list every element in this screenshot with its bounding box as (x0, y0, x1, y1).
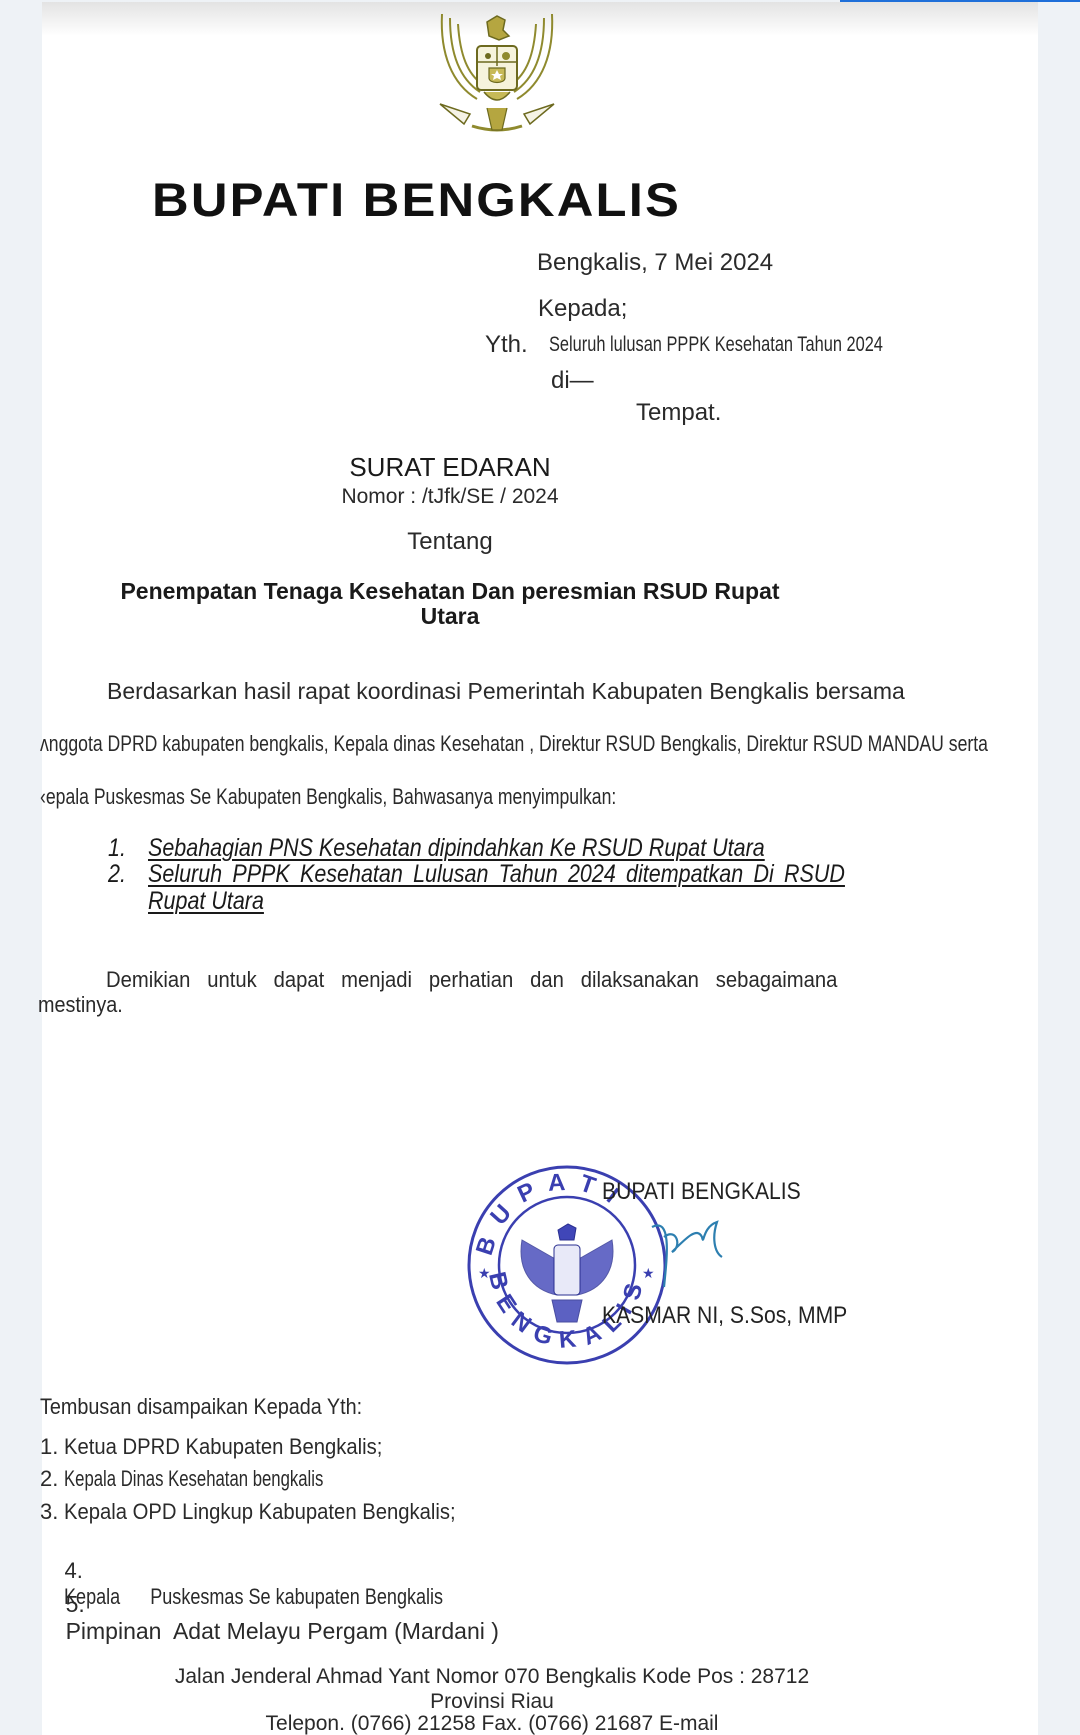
decision-2-text: Seluruh PPPK Kesehatan Lulusan Tahun 202… (148, 860, 845, 889)
closing-line1: Demikian untuk dapat menjadi perhatian d… (106, 967, 837, 993)
footer-contact: Telepon. (0766) 21258 Fax. (0766) 21687 … (42, 1712, 942, 1735)
document-page: BUPATI BENGKALIS Bengkalis, 7 Mei 2024 K… (42, 2, 1038, 1735)
tembusan-item-number: 1. (40, 1434, 58, 1459)
body-para-line3: ‹epala Puskesmas Se Kabupaten Bengkalis,… (40, 784, 616, 810)
tembusan-item-number: 2. (40, 1466, 58, 1491)
decision-2-text-cont: Rupat Utara (148, 887, 264, 916)
tentang-label: Tentang (42, 528, 858, 556)
tembusan-item-text: Pimpinan Adat Melayu Pergam (Mardani ) (66, 1618, 499, 1645)
doc-type: SURAT EDARAN (42, 452, 858, 483)
letterhead-title: BUPATI BENGKALIS (152, 172, 681, 227)
tempat-label: Tempat. (636, 399, 721, 427)
tembusan-item-5: 5. Pimpinan Adat Melayu Pergam (Mardani … (40, 1564, 499, 1672)
doc-number: Nomor : /tJfk/SE / 2024 (42, 485, 858, 509)
tembusan-item-3: 3. Kepala OPD Lingkup Kabupaten Bengkali… (40, 1499, 490, 1525)
yth-label: Yth. (485, 331, 528, 359)
signatory-name: KASMAR NI, S.Sos, MMP (602, 1302, 847, 1330)
recipient: Seluruh lulusan PPPK Kesehatan Tahun 202… (549, 333, 883, 357)
tembusan-item-1: 1. Ketua DPRD Kabupaten Bengkalis; (40, 1434, 411, 1460)
footer-province: Provinsi Riau (42, 1690, 942, 1714)
decision-2-number: 2. (108, 860, 126, 889)
signatory-office: BUPATI BENGKALIS (602, 1178, 801, 1206)
footer-address: Jalan Jenderal Ahmad Yant Nomor 070 Beng… (42, 1665, 942, 1689)
decision-1-number: 1. (108, 834, 126, 863)
tembusan-item-text: Kepala OPD Lingkup Kabupaten Bengkalis; (64, 1499, 456, 1525)
body-para-line2: ʌnggota DPRD kabupaten bengkalis, Kepala… (40, 731, 988, 757)
tembusan-item-number: 5. (66, 1591, 85, 1617)
tembusan-item-number: 3. (40, 1499, 58, 1524)
closing-line2: mestinya. (38, 992, 123, 1018)
tembusan-heading: Tembusan disampaikan Kepada Yth: (40, 1394, 362, 1420)
kepada-label: Kepada; (538, 295, 627, 323)
decision-1-text: Sebahagian PNS Kesehatan dipindahkan Ke … (148, 834, 765, 863)
place-date: Bengkalis, 7 Mei 2024 (537, 249, 773, 277)
handwritten-signature-icon (642, 1207, 772, 1297)
body-para-line1: Berdasarkan hasil rapat koordinasi Pemer… (107, 678, 905, 705)
tembusan-item-text: Ketua DPRD Kabupaten Bengkalis; (64, 1434, 382, 1460)
tembusan-item-2: 2. Kepala Dinas Kesehatan bengkalis (40, 1466, 406, 1492)
svg-text:★: ★ (478, 1265, 491, 1281)
subject-title-line2: Utara (42, 603, 858, 630)
di-label: di— (551, 367, 594, 395)
subject-title-line1: Penempatan Tenaga Kesehatan Dan peresmia… (42, 578, 858, 605)
garuda-emblem-icon (432, 4, 562, 146)
tembusan-item-text: Kepala Dinas Kesehatan bengkalis (64, 1466, 323, 1492)
